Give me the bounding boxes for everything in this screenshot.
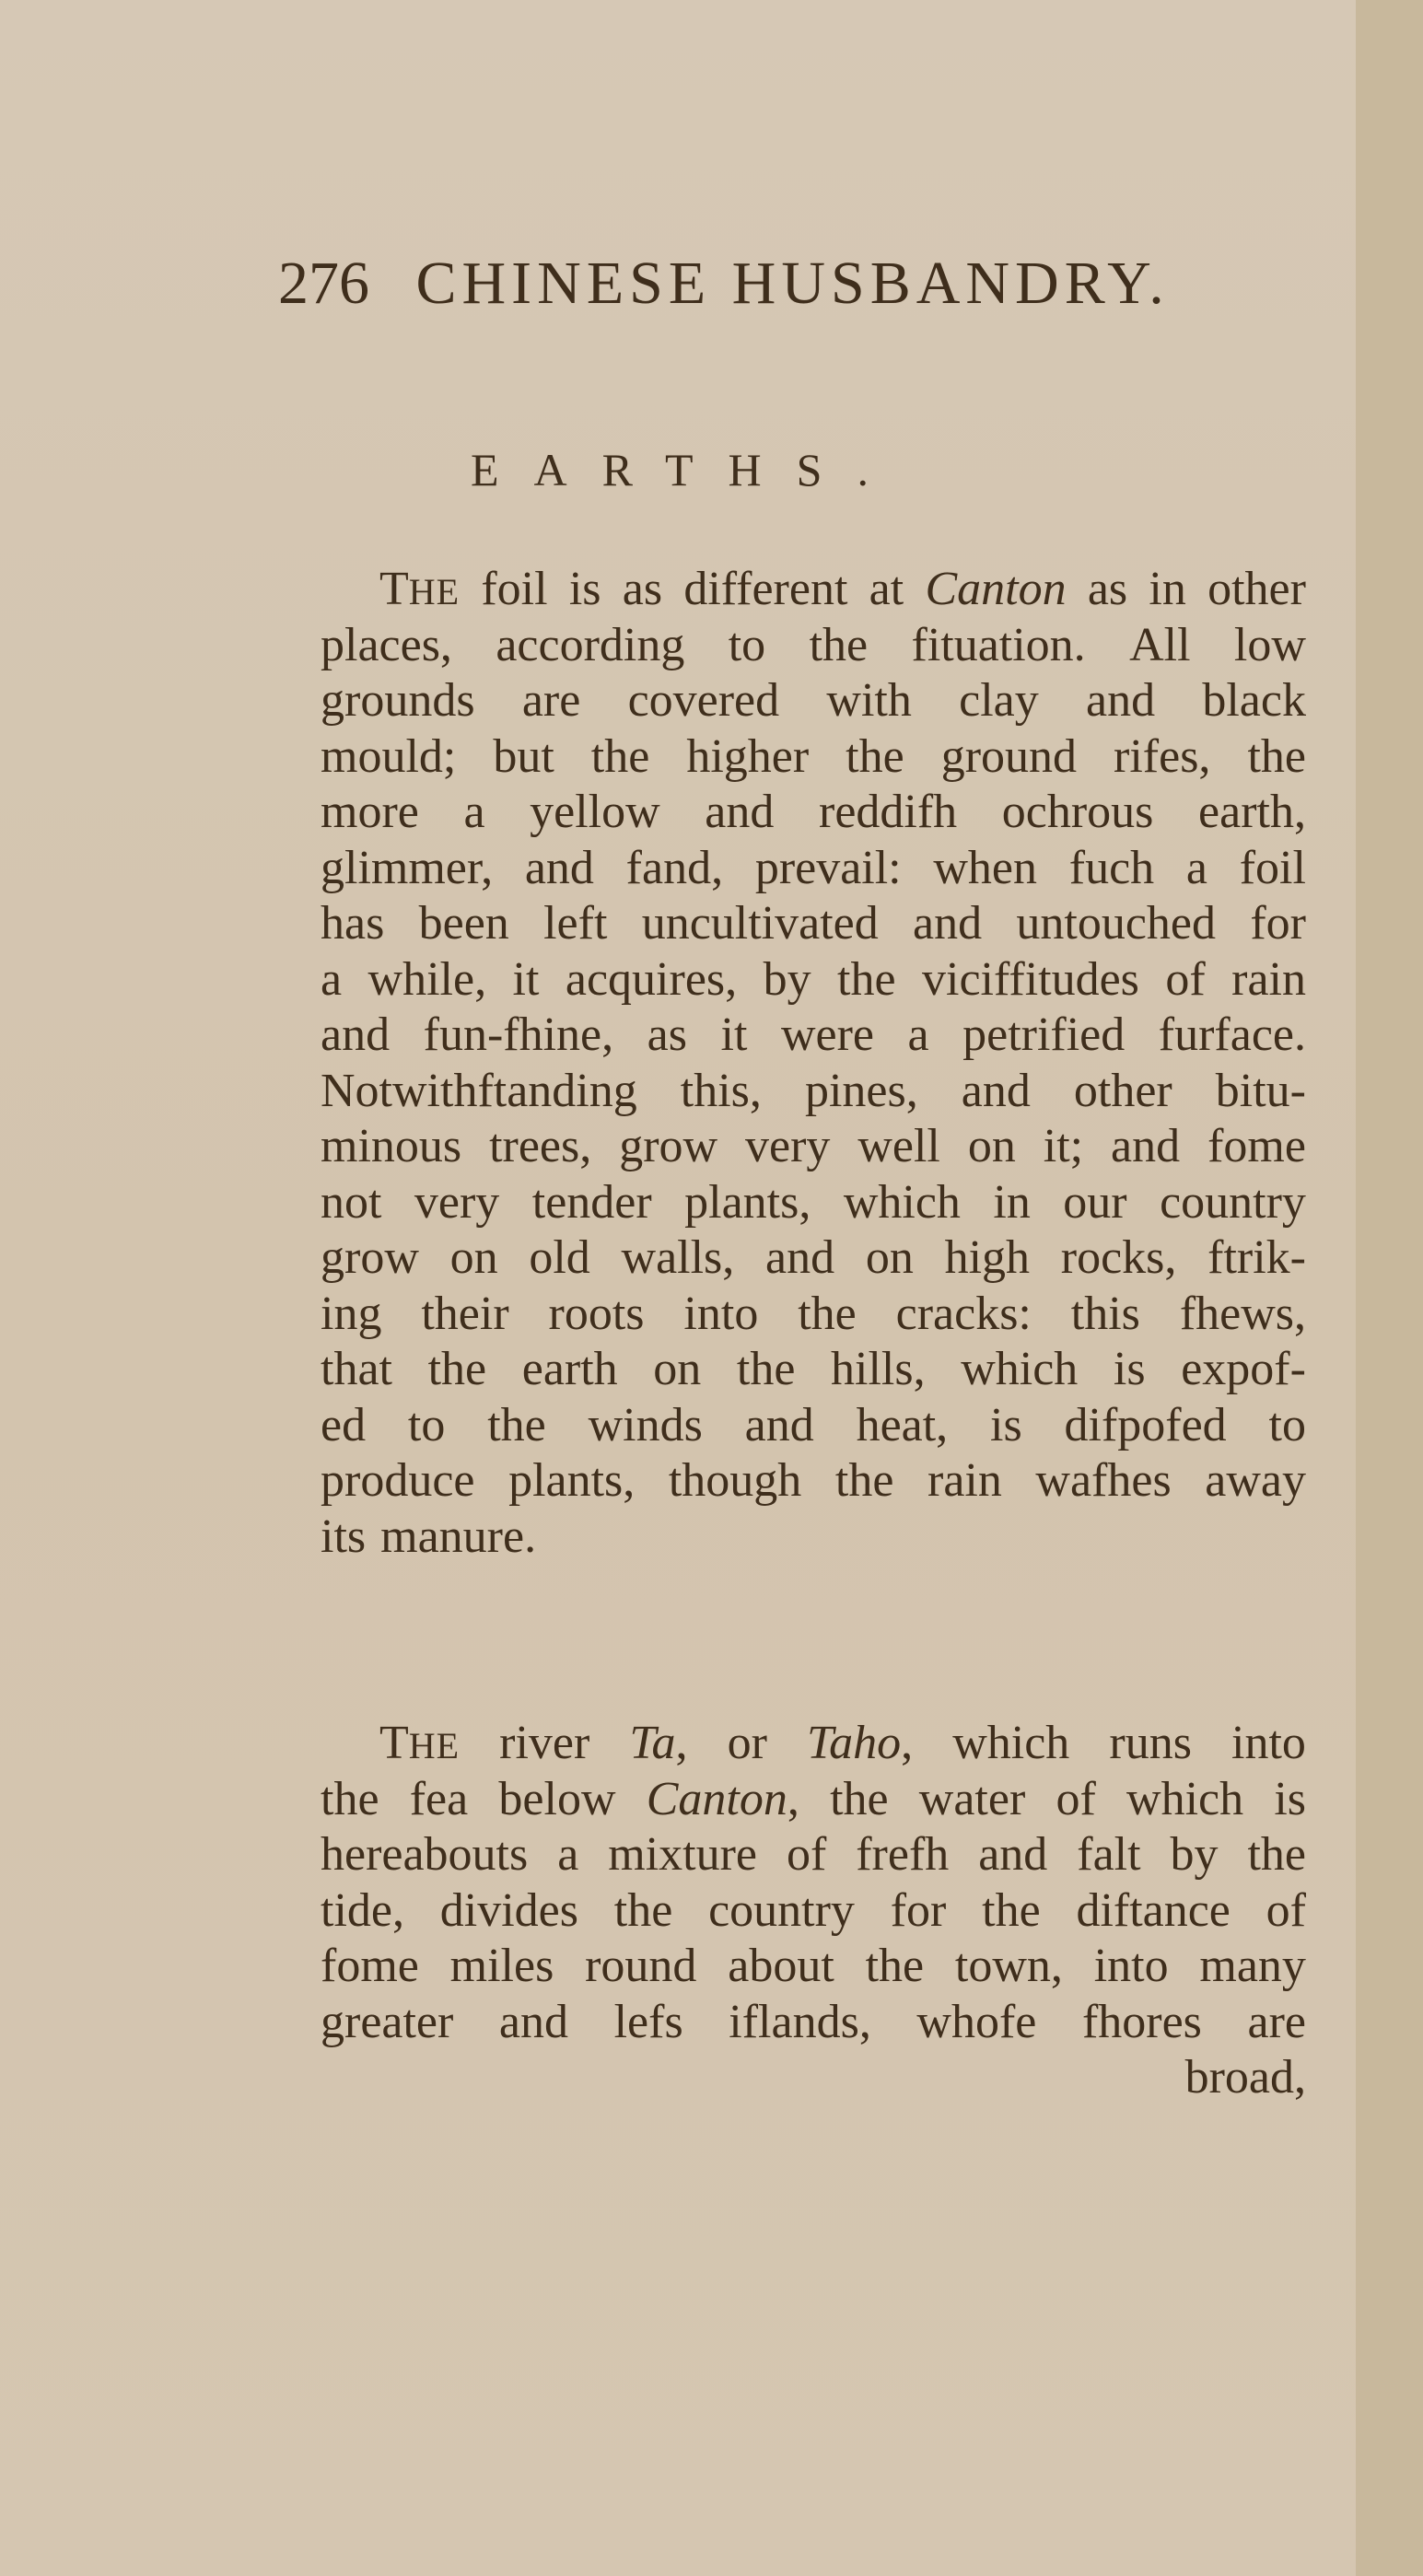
running-title: CHINESE HUSBANDRY.	[416, 250, 1170, 317]
text-line: places,accordingtothefituation.Alllow	[321, 618, 1306, 674]
text-line: greaterandlefsiflands,whofefhoresare	[321, 1995, 1306, 2051]
text-line: hereaboutsamixtureoffrefhandfaltbythe	[321, 1827, 1306, 1883]
text-line: groundsarecoveredwithclayandblack	[321, 673, 1306, 729]
text-line: produceplants,thoughtherainwafhesaway	[321, 1453, 1306, 1509]
text-line: andfun-fhine,asitwereapetrifiedfurface.	[321, 1008, 1306, 1064]
text-line: thattheearthonthehills,whichisexpof-	[321, 1342, 1306, 1398]
text-line: fomemilesroundaboutthetown,intomany	[321, 1939, 1306, 1995]
text-line: ingtheirrootsintothecracks:thisfhews,	[321, 1287, 1306, 1343]
page-edge	[1356, 0, 1423, 2576]
text-line: THEriverTa,orTaho,whichrunsinto	[321, 1716, 1306, 1772]
running-head: 276 CHINESE HUSBANDRY.	[278, 247, 1291, 321]
text-line: moreayellowandreddifhochrousearth,	[321, 785, 1306, 841]
section-title: EARTHS.	[0, 442, 1356, 497]
catchword: broad,	[321, 2050, 1306, 2106]
text-line: THEfoilisasdifferentatCantonasinother	[321, 562, 1306, 618]
text-line: hasbeenleftuncultivatedanduntouchedfor	[321, 896, 1306, 952]
text-line: tide,dividesthecountryforthediftanceof	[321, 1883, 1306, 1940]
page-number: 276	[278, 250, 369, 317]
text-line: notverytenderplants,whichinourcountry	[321, 1175, 1306, 1231]
text-line: Notwithftandingthis,pines,andotherbitu-	[321, 1064, 1306, 1120]
text-line: itsmanure.	[321, 1509, 1306, 1566]
paragraph-1: THEfoilisasdifferentatCantonasinotherpla…	[321, 562, 1306, 1565]
text-line: growonoldwalls,andonhighrocks,ftrik-	[321, 1230, 1306, 1287]
text-line: minoustrees,growverywellonit;andfome	[321, 1119, 1306, 1175]
book-page: 276 CHINESE HUSBANDRY. EARTHS. THEfoilis…	[0, 0, 1356, 2576]
text-line: mould;butthehigherthegroundrifes,the	[321, 729, 1306, 786]
text-line: awhile,itacquires,bytheviciffitudesofrai…	[321, 952, 1306, 1008]
paragraph-2: THEriverTa,orTaho,whichrunsintothefeabel…	[321, 1716, 1306, 2106]
text-line: glimmer,andfand,prevail:whenfuchafoil	[321, 841, 1306, 897]
text-line: thefeabelowCanton,thewaterofwhichis	[321, 1772, 1306, 1828]
text-line: edtothewindsandheat,isdifpofedto	[321, 1398, 1306, 1454]
